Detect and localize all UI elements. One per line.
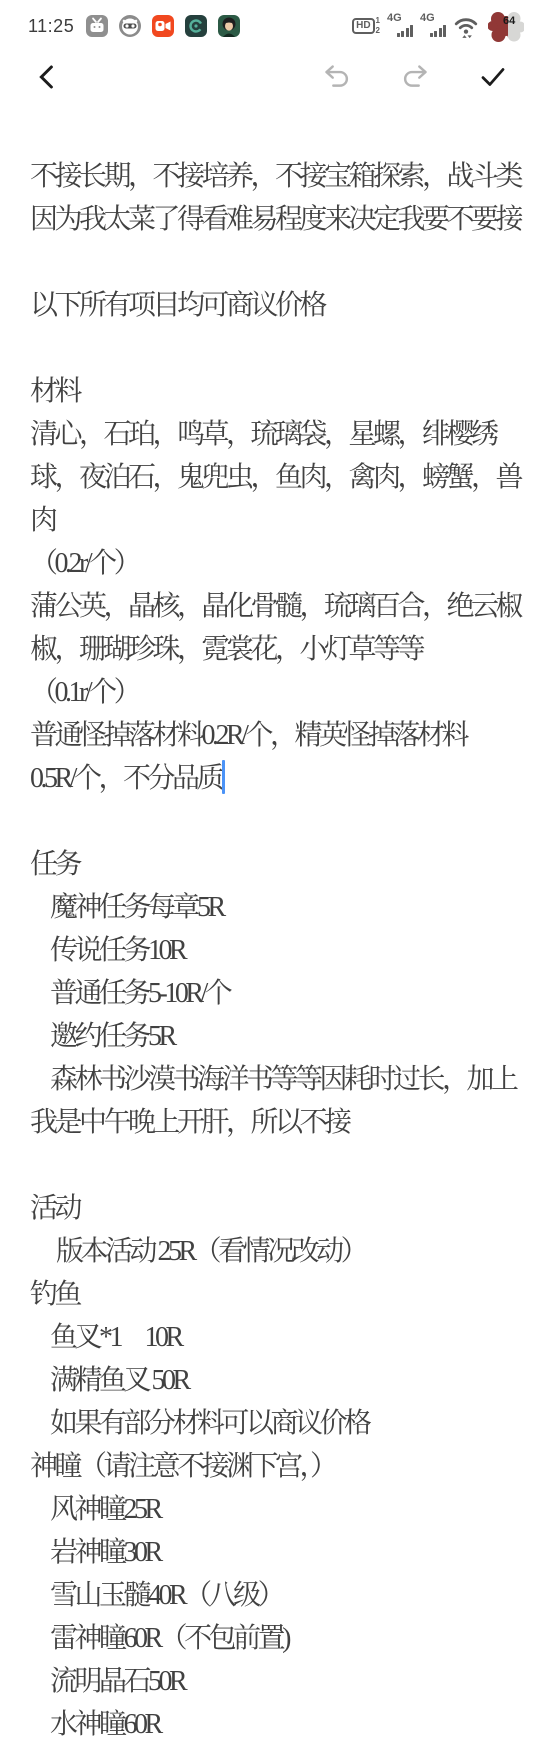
text-line-content: （0.2r/个） [30, 548, 138, 579]
text-line[interactable]: 雷神瞳60R（不包前置) [30, 1617, 510, 1660]
text-line-content: 清心，石珀，鸣草，琉璃袋，星螺，绯樱绣 [30, 419, 496, 450]
text-line-content: 椒，珊瑚珍珠，霓裳花，小灯草等等 [30, 634, 422, 665]
text-line-content: 0.5R/个，不分品质 [30, 763, 221, 794]
text-line[interactable]: 水神瞳60R [30, 1703, 510, 1746]
text-line-content: 钓鱼 [30, 1279, 79, 1310]
text-line-content: 因为我太菜了得看难易程度来决定我要不要接 [30, 204, 520, 235]
text-line[interactable]: 邀约任务5R [30, 1015, 510, 1058]
text-line-content: 水神瞳60R [50, 1709, 160, 1740]
text-line[interactable] [30, 327, 510, 370]
text-line[interactable]: 活动 [30, 1187, 510, 1230]
text-line-content: 普通怪掉落材料0.2R/个，精英怪掉落材料 [30, 720, 466, 751]
text-line-content: 满精鱼叉 50R [50, 1365, 188, 1396]
text-line[interactable]: 任务 [30, 843, 510, 886]
face-glasses-icon [119, 15, 141, 37]
text-line[interactable]: 普通任务5-10R/个 [30, 972, 510, 1015]
bilibili-tv-icon [86, 15, 108, 37]
swirl-ring-icon [185, 15, 207, 37]
text-line[interactable]: 风神瞳25R [30, 1488, 510, 1531]
text-line[interactable]: 版本活动 25R（看情况改动） [30, 1230, 510, 1273]
editor-toolbar [0, 44, 540, 110]
text-line[interactable]: 钓鱼 [30, 1273, 510, 1316]
text-line-content: 肉 [30, 505, 55, 536]
text-line-content: 以下所有项目均可商议价格 [30, 290, 324, 321]
text-line[interactable] [30, 1144, 510, 1187]
editor-content[interactable]: 不接长期，不接培养，不接宝箱探索，战斗类因为我太菜了得看难易程度来决定我要不要接… [0, 110, 540, 1746]
text-line[interactable]: （0.2r/个） [30, 542, 510, 585]
text-line[interactable]: （0.1r/个） [30, 671, 510, 714]
text-line[interactable]: 岩神瞳30R [30, 1531, 510, 1574]
text-line[interactable]: 雪山玉髓40R（八级） [30, 1574, 510, 1617]
text-line[interactable]: 材料 [30, 370, 510, 413]
notification-icons [86, 15, 240, 37]
text-line-content: 如果有部分材料可以商议价格 [50, 1408, 369, 1439]
text-line-content: 风神瞳25R [50, 1494, 160, 1525]
text-line[interactable]: 传说任务10R [30, 929, 510, 972]
wifi-icon [453, 13, 479, 39]
text-line-content: 球，夜泊石，鬼兜虫，鱼肉，禽肉，螃蟹，兽 [30, 462, 520, 493]
text-line-content: 材料 [30, 376, 79, 407]
text-line[interactable]: 0.5R/个，不分品质 [30, 757, 510, 800]
text-line[interactable]: 森林书沙漠书海洋书等等因耗时过长，加上 [30, 1058, 510, 1101]
text-line[interactable]: 蒲公英，晶核，晶化骨髓，琉璃百合，绝云椒 [30, 585, 510, 628]
text-line-content: 雪山玉髓40R（八级） [50, 1580, 282, 1611]
text-line-content: 活动 [30, 1193, 79, 1224]
girl-avatar-icon [218, 15, 240, 37]
status-bar: 11:25 [0, 0, 540, 44]
text-line[interactable]: 鱼叉*1 10R [30, 1316, 510, 1359]
text-line-content: 任务 [30, 849, 79, 880]
text-line-content: 传说任务10R [50, 935, 184, 966]
text-line[interactable]: 流明晶石50R [30, 1660, 510, 1703]
redo-button[interactable] [398, 60, 432, 94]
status-indicators: HD 1 2 4G 4G [352, 10, 524, 42]
note-editor-screen: 11:25 [0, 0, 540, 1753]
text-line[interactable]: 如果有部分材料可以商议价格 [30, 1402, 510, 1445]
text-line[interactable]: 椒，珊瑚珍珠，霓裳花，小灯草等等 [30, 628, 510, 671]
text-caret [222, 760, 225, 794]
confirm-check-icon [477, 62, 509, 92]
confirm-button[interactable] [476, 60, 510, 94]
back-chevron-icon [32, 62, 62, 92]
text-line-content: 鱼叉*1 10R [50, 1322, 181, 1353]
text-line[interactable]: 以下所有项目均可商议价格 [30, 284, 510, 327]
text-line[interactable]: 满精鱼叉 50R [30, 1359, 510, 1402]
undo-button[interactable] [320, 60, 354, 94]
text-line-content: 森林书沙漠书海洋书等等因耗时过长，加上 [50, 1064, 516, 1095]
text-line-content: 流明晶石50R [50, 1666, 184, 1697]
text-line[interactable] [30, 800, 510, 843]
text-line-content: 版本活动 25R（看情况改动） [56, 1236, 365, 1267]
text-line-content: 神瞳（请注意不接渊下宫，） [30, 1451, 335, 1482]
text-line-content: （0.1r/个） [30, 677, 138, 708]
signal-sim2-icon: 4G [420, 13, 446, 39]
text-line-content: 魔神任务每章5R [50, 892, 223, 923]
text-line[interactable]: 因为我太菜了得看难易程度来决定我要不要接 [30, 198, 510, 241]
text-line[interactable]: 肉 [30, 499, 510, 542]
text-line-content: 岩神瞳30R [50, 1537, 160, 1568]
text-line[interactable]: 不接长期，不接培养，不接宝箱探索，战斗类 [30, 155, 510, 198]
text-line[interactable]: 我是中午晚上开肝，所以不接 [30, 1101, 510, 1144]
battery-flower-icon: 64 [488, 10, 524, 42]
text-line[interactable]: 清心，石珀，鸣草，琉璃袋，星螺，绯樱绣 [30, 413, 510, 456]
text-line[interactable] [30, 241, 510, 284]
redo-icon [399, 62, 431, 92]
signal-sim1-icon: 4G [387, 13, 413, 39]
text-line[interactable]: 神瞳（请注意不接渊下宫，） [30, 1445, 510, 1488]
battery-percent: 64 [503, 15, 515, 27]
back-button[interactable] [30, 60, 64, 94]
text-line-content: 雷神瞳60R（不包前置) [50, 1623, 288, 1654]
text-line-content: 邀约任务5R [50, 1021, 174, 1052]
text-line-content: 普通任务5-10R/个 [50, 978, 229, 1009]
text-line[interactable]: 魔神任务每章5R [30, 886, 510, 929]
text-line-content: 不接长期，不接培养，不接宝箱探索，战斗类 [30, 161, 520, 192]
undo-icon [321, 62, 353, 92]
kuaishou-icon [152, 15, 174, 37]
text-line-content: 我是中午晚上开肝，所以不接 [30, 1107, 349, 1138]
text-line[interactable]: 球，夜泊石，鬼兜虫，鱼肉，禽肉，螃蟹，兽 [30, 456, 510, 499]
clock: 11:25 [28, 16, 74, 37]
hd-volte-icon: HD 1 2 [352, 17, 380, 35]
text-line-content: 蒲公英，晶核，晶化骨髓，琉璃百合，绝云椒 [30, 591, 520, 622]
text-line[interactable]: 普通怪掉落材料0.2R/个，精英怪掉落材料 [30, 714, 510, 757]
